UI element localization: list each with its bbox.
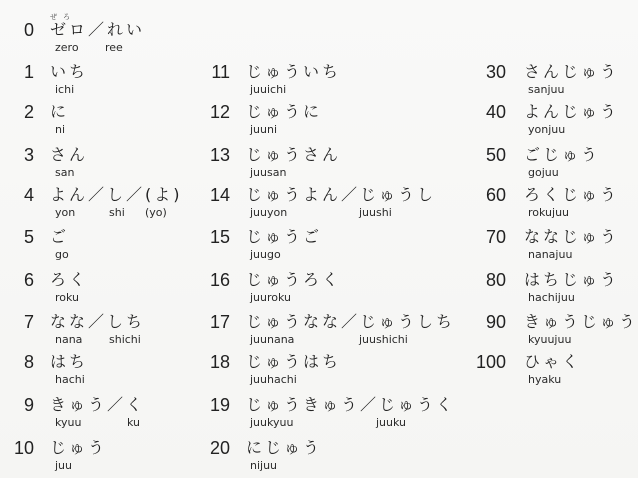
kana: ひゃく: [524, 352, 581, 372]
numeral: 50: [0, 145, 506, 165]
numeral: 19: [0, 395, 230, 415]
numeral: 100: [0, 352, 506, 372]
kana: きゅうじゅう: [524, 312, 638, 332]
kana: ぜろ ゼロ／れい: [50, 20, 145, 40]
numeral: 40: [0, 102, 506, 122]
kana: さんじゅう: [524, 62, 619, 82]
kana: ごじゅう: [524, 145, 600, 165]
numbers-page: 0 ぜろ ゼロ／れい zero ree 1 いち ichi 2 に ni 3 さ…: [0, 0, 638, 478]
numeral: 20: [0, 438, 230, 458]
numeral: 70: [0, 227, 506, 247]
numeral: 90: [0, 312, 506, 332]
kana: よんじゅう: [524, 102, 619, 122]
kana: じゅうきゅう／じゅうく: [246, 395, 455, 415]
numeral: 60: [0, 185, 506, 205]
numeral: 0: [0, 20, 34, 40]
kana: ななじゅう: [524, 227, 619, 247]
furigana: ぜろ: [50, 7, 76, 27]
numeral: 80: [0, 270, 506, 290]
kana: ろくじゅう: [524, 185, 619, 205]
kana: にじゅう: [246, 438, 322, 458]
kana: はちじゅう: [524, 270, 619, 290]
numeral: 30: [0, 62, 506, 82]
